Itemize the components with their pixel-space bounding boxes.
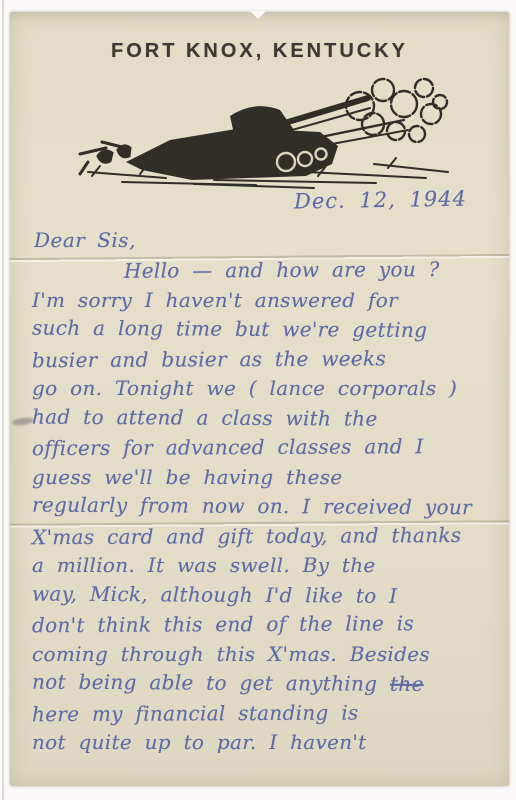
letter-line: guess we'll be having these	[32, 465, 497, 495]
letter-body: Hello — and how are you ?I'm sorry I hav…	[32, 258, 497, 760]
letter-line: such a long time but we're getting	[32, 316, 497, 348]
letter-line: had to attend a class with the	[32, 404, 497, 436]
letter-line: way, Mick, although I'd like to I	[32, 581, 497, 613]
letter-line: don't think this end of the line is	[32, 611, 497, 643]
letter-line: a million. It was swell. By the	[32, 553, 497, 583]
letter-date: Dec. 12, 1944	[294, 186, 467, 213]
letter-salutation: Dear Sis,	[34, 228, 136, 252]
ink-smudge	[12, 417, 35, 427]
letter-line: Hello — and how are you ?	[32, 257, 497, 289]
letter-line: I'm sorry I haven't answered for	[32, 288, 497, 318]
scanner-edge-line	[2, 0, 4, 800]
letter-line: coming through this X'mas. Besides	[32, 642, 497, 672]
paper-edge-notch	[250, 11, 266, 19]
letter-paper: FORT KNOX, KENTUCKY	[10, 12, 509, 786]
letter-line: not being able to get anything the	[32, 670, 497, 702]
letter-line: busier and busier as the weeks	[32, 345, 497, 377]
letter-line: regularly from now on. I received your	[32, 493, 497, 525]
letter-line: X'mas card and gift today, and thanks	[32, 522, 497, 554]
tank-illustration-icon	[74, 68, 458, 190]
struck-word: the	[390, 672, 424, 696]
letter-line: not quite up to par. I haven't	[32, 730, 497, 760]
letterhead-title: FORT KNOX, KENTUCKY	[10, 40, 509, 63]
letter-line: here my financial standing is	[32, 699, 497, 731]
scanned-letter: FORT KNOX, KENTUCKY	[0, 0, 516, 800]
letter-line: officers for advanced classes and I	[32, 434, 497, 466]
letter-line: go on. Tonight we ( lance corporals )	[32, 376, 497, 406]
